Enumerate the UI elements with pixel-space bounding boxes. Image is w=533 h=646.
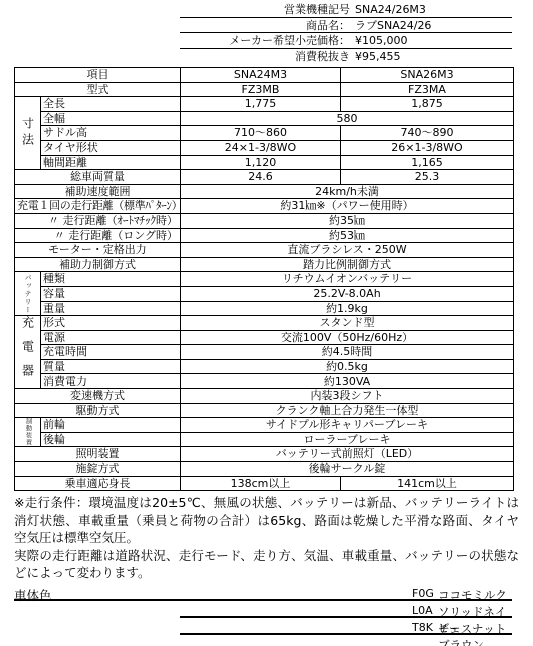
group-label-charger: 充電器 — [15, 316, 41, 389]
table-row: 寸法 全長 1,775 1,875 — [15, 97, 514, 112]
body-color-section: 車体色 F0G ココモミルク L0A ソリッドネイビー T8K チェスナットブラ… — [14, 584, 513, 635]
spec-value: 後輪サークル錠 — [181, 462, 514, 477]
spec-value: FZ3MB — [181, 82, 341, 97]
color-row: L0A ソリッドネイビー — [14, 601, 513, 618]
spec-value: 1,775 — [181, 97, 341, 112]
spec-value: 直流ブラシレス・250W — [181, 243, 514, 258]
spec-value: 26×1-3/8WO — [341, 140, 514, 155]
table-row: 型式 FZ3MB FZ3MA — [15, 82, 514, 97]
spec-value: 約53㎞ — [181, 228, 514, 243]
header-label: 営業機種記号 — [180, 1, 350, 17]
header-row-tax-excluded: 消費税抜き ¥95,455 — [180, 49, 512, 65]
spec-table: 項目 SNA24M3 SNA26M3 型式 FZ3MB FZ3MA 寸法 全長 … — [14, 67, 514, 491]
table-row: 電源 交流100V（50Hz/60Hz） — [15, 330, 514, 345]
header-row-product-name: 商品名： ラブSNA24/26 — [180, 18, 512, 34]
spec-value: スタンド型 — [181, 316, 514, 331]
spec-value: 1,120 — [181, 155, 341, 170]
table-row: 質量 約0.5kg — [15, 359, 514, 374]
table-row: 補助速度範囲 24km/h未満 — [15, 184, 514, 199]
spec-value: 710～860 — [181, 126, 341, 141]
spec-label: 全幅 — [41, 111, 181, 126]
spec-label: 全長 — [41, 97, 181, 112]
spec-label: 前輪 — [41, 418, 181, 433]
spec-value: 交流100V（50Hz/60Hz） — [181, 330, 514, 345]
spec-label: 消費電力 — [41, 374, 181, 389]
table-row: 後輪 ローラーブレーキ — [15, 432, 514, 447]
table-row: 照明装置 バッテリー式前照灯（LED） — [15, 447, 514, 462]
group-label-battery: バッテリー — [15, 272, 41, 316]
table-row: 〃 走行距離（ｵｰﾄﾏﾁｯｸ時） 約35㎞ — [15, 213, 514, 228]
footnote-actual-range: 実際の走行距離は道路状況、走行モード、走り方、気温、車載重量、バッテリーの状態な… — [14, 547, 519, 582]
table-row: 変速機方式 内装3段シフト — [15, 389, 514, 404]
product-header: 営業機種記号 SNA24/26M3 商品名： ラブSNA24/26 メーカー希望… — [180, 2, 512, 64]
spec-label: サドル高 — [41, 126, 181, 141]
spec-value: 約1.9kg — [181, 301, 514, 316]
color-code: F0G — [412, 587, 434, 600]
spec-value: クランク軸上合力発生一体型 — [181, 403, 514, 418]
spec-value: 25.3 — [341, 170, 514, 185]
footnote: ※走行条件：環境温度は20±5℃、無風の状態、バッテリーは新品、バッテリーライト… — [14, 494, 519, 582]
header-value: ラブSNA24/26 — [350, 17, 431, 33]
table-row: 総車両質量 24.6 25.3 — [15, 170, 514, 185]
table-row: サドル高 710～860 740～890 — [15, 126, 514, 141]
spec-value: 約31㎞※（パワー使用時） — [181, 199, 514, 214]
spec-label: 〃 走行距離（ロング時） — [15, 228, 181, 243]
spec-value: FZ3MA — [341, 82, 514, 97]
group-label-brakes: 制動装置 — [15, 418, 41, 447]
spec-label: 容量 — [41, 286, 181, 301]
column-header-model1: SNA24M3 — [181, 68, 341, 83]
spec-label: 質量 — [41, 359, 181, 374]
header-row-model-code: 営業機種記号 SNA24/26M3 — [180, 2, 512, 18]
header-row-msrp: メーカー希望小売価格： ¥105,000 — [180, 33, 512, 49]
table-row: 制動装置 前輪 サイドプル形キャリパーブレーキ — [15, 418, 514, 433]
spec-value: 約130VA — [181, 374, 514, 389]
spec-label: モーター・定格出力 — [15, 243, 181, 258]
spec-label: 補助力制御方式 — [15, 257, 181, 272]
spec-label: 電源 — [41, 330, 181, 345]
spec-value: 138cm以上 — [181, 476, 341, 491]
spec-value: 踏力比例制御方式 — [181, 257, 514, 272]
spec-label: 駆動方式 — [15, 403, 181, 418]
table-row: 充電器 形式 スタンド型 — [15, 316, 514, 331]
spec-label: 補助速度範囲 — [15, 184, 181, 199]
color-code: L0A — [412, 604, 433, 617]
table-row: 乗車適応身長 138cm以上 141cm以上 — [15, 476, 514, 491]
spec-value: 内装3段シフト — [181, 389, 514, 404]
table-row: 軸間距離 1,120 1,165 — [15, 155, 514, 170]
table-row: 全幅 580 — [15, 111, 514, 126]
footnote-riding-conditions: ※走行条件：環境温度は20±5℃、無風の状態、バッテリーは新品、バッテリーライト… — [14, 494, 519, 547]
header-label: メーカー希望小売価格： — [180, 32, 350, 48]
spec-value: 24×1-3/8WO — [181, 140, 341, 155]
spec-value: 約4.5時間 — [181, 345, 514, 360]
spec-label: 充電１回の走行距離（標準ﾊﾟﾀｰﾝ） — [15, 199, 181, 214]
spec-value: 24km/h未満 — [181, 184, 514, 199]
header-label: 商品名： — [180, 17, 350, 33]
table-row: タイヤ形状 24×1-3/8WO 26×1-3/8WO — [15, 140, 514, 155]
table-row: 項目 SNA24M3 SNA26M3 — [15, 68, 514, 83]
spec-sheet: 営業機種記号 SNA24/26M3 商品名： ラブSNA24/26 メーカー希望… — [0, 2, 533, 635]
spec-value: 1,165 — [341, 155, 514, 170]
spec-label: 総車両質量 — [15, 170, 181, 185]
spec-value: 740～890 — [341, 126, 514, 141]
spec-value: サイドプル形キャリパーブレーキ — [181, 418, 514, 433]
column-header-model2: SNA26M3 — [341, 68, 514, 83]
divider — [180, 633, 512, 635]
spec-label: タイヤ形状 — [41, 140, 181, 155]
header-label: 消費税抜き — [180, 48, 350, 64]
spec-value: 25.2V-8.0Ah — [181, 286, 514, 301]
spec-value: 約35㎞ — [181, 213, 514, 228]
spec-value: ローラーブレーキ — [181, 432, 514, 447]
spec-value: 141cm以上 — [341, 476, 514, 491]
header-value: ¥95,455 — [350, 50, 401, 63]
spec-label: 施錠方式 — [15, 462, 181, 477]
group-label-dimensions: 寸法 — [15, 97, 41, 170]
header-value: SNA24/26M3 — [350, 3, 426, 16]
header-value: ¥105,000 — [350, 34, 408, 47]
spec-value: 約0.5kg — [181, 359, 514, 374]
spec-value: 1,875 — [341, 97, 514, 112]
table-row: モーター・定格出力 直流ブラシレス・250W — [15, 243, 514, 258]
table-row: 消費電力 約130VA — [15, 374, 514, 389]
column-header-item: 項目 — [15, 68, 181, 83]
spec-label: 〃 走行距離（ｵｰﾄﾏﾁｯｸ時） — [15, 213, 181, 228]
spec-label: 照明装置 — [15, 447, 181, 462]
spec-label: 形式 — [41, 316, 181, 331]
spec-value: リチウムイオンバッテリー — [181, 272, 514, 287]
spec-label: 変速機方式 — [15, 389, 181, 404]
spec-value: 24.6 — [181, 170, 341, 185]
table-row: 容量 25.2V-8.0Ah — [15, 286, 514, 301]
table-row: 補助力制御方式 踏力比例制御方式 — [15, 257, 514, 272]
table-row: バッテリー 種類 リチウムイオンバッテリー — [15, 272, 514, 287]
spec-label: 後輪 — [41, 432, 181, 447]
table-row: 駆動方式 クランク軸上合力発生一体型 — [15, 403, 514, 418]
table-row: 〃 走行距離（ロング時） 約53㎞ — [15, 228, 514, 243]
spec-label: 充電時間 — [41, 345, 181, 360]
spec-label: 重量 — [41, 301, 181, 316]
spec-value: バッテリー式前照灯（LED） — [181, 447, 514, 462]
spec-label: 軸間距離 — [41, 155, 181, 170]
color-code: T8K — [412, 621, 433, 634]
table-row: 重量 約1.9kg — [15, 301, 514, 316]
color-row: T8K チェスナットブラウン — [14, 618, 513, 635]
spec-label: 種類 — [41, 272, 181, 287]
table-row: 充電１回の走行距離（標準ﾊﾟﾀｰﾝ） 約31㎞※（パワー使用時） — [15, 199, 514, 214]
spec-value: 580 — [181, 111, 514, 126]
spec-label: 乗車適応身長 — [15, 476, 181, 491]
color-row: 車体色 F0G ココモミルク — [14, 584, 513, 601]
spec-label: 型式 — [15, 82, 181, 97]
table-row: 施錠方式 後輪サークル錠 — [15, 462, 514, 477]
table-row: 充電時間 約4.5時間 — [15, 345, 514, 360]
